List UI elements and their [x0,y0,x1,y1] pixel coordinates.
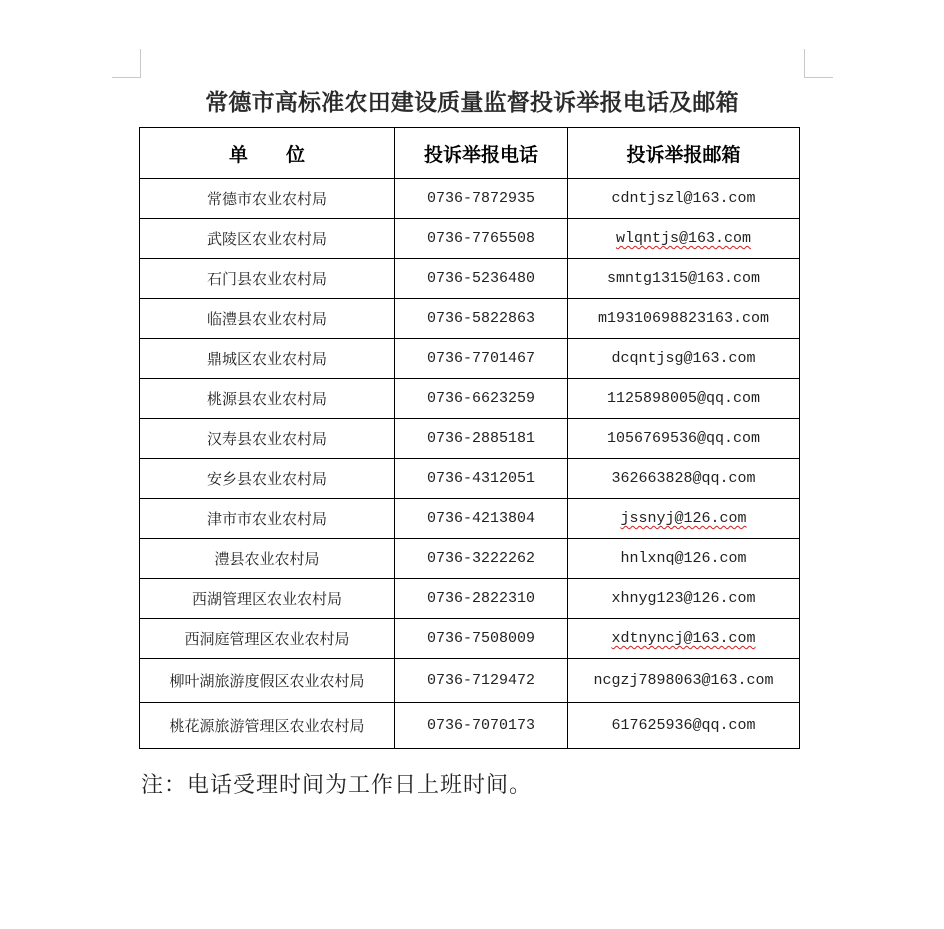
header-email: 投诉举报邮箱 [568,128,800,179]
table-row: 汉寿县农业农村局 0736-2885181 1056769536@qq.com [140,419,800,459]
phone-cell: 0736-4312051 [395,459,568,499]
header-unit: 单 位 [140,128,395,179]
unit-cell: 临澧县农业农村局 [140,299,395,339]
phone-cell: 0736-7070173 [395,703,568,749]
table-row: 津市市农业农村局 0736-4213804 jssnyj@126.com [140,499,800,539]
table-row: 安乡县农业农村局 0736-4312051 362663828@qq.com [140,459,800,499]
unit-cell: 安乡县农业农村局 [140,459,395,499]
phone-cell: 0736-2885181 [395,419,568,459]
unit-cell: 西洞庭管理区农业农村局 [140,619,395,659]
table-row: 武陵区农业农村局 0736-7765508 wlqntjs@163.com [140,219,800,259]
table-row: 柳叶湖旅游度假区农业农村局 0736-7129472 ncgzj7898063@… [140,659,800,703]
unit-cell: 西湖管理区农业农村局 [140,579,395,619]
unit-cell: 津市市农业农村局 [140,499,395,539]
table-row: 澧县农业农村局 0736-3222262 hnlxnq@126.com [140,539,800,579]
phone-cell: 0736-7508009 [395,619,568,659]
email-cell: cdntjszl@163.com [568,179,800,219]
unit-cell: 石门县农业农村局 [140,259,395,299]
phone-cell: 0736-7872935 [395,179,568,219]
phone-cell: 0736-2822310 [395,579,568,619]
email-cell: dcqntjsg@163.com [568,339,800,379]
phone-cell: 0736-7765508 [395,219,568,259]
page-corner-mark-left [112,49,141,78]
phone-cell: 0736-7129472 [395,659,568,703]
email-cell: ncgzj7898063@163.com [568,659,800,703]
table-row: 桃源县农业农村局 0736-6623259 1125898005@qq.com [140,379,800,419]
table-row: 石门县农业农村局 0736-5236480 smntg1315@163.com [140,259,800,299]
email-cell: 362663828@qq.com [568,459,800,499]
email-cell: 1125898005@qq.com [568,379,800,419]
unit-cell: 常德市农业农村局 [140,179,395,219]
table-row: 鼎城区农业农村局 0736-7701467 dcqntjsg@163.com [140,339,800,379]
unit-cell: 桃花源旅游管理区农业农村局 [140,703,395,749]
table-row: 西洞庭管理区农业农村局 0736-7508009 xdtnyncj@163.co… [140,619,800,659]
contact-table: 单 位 投诉举报电话 投诉举报邮箱 常德市农业农村局 0736-7872935 … [139,127,800,749]
unit-cell: 鼎城区农业农村局 [140,339,395,379]
email-text: jssnyj@126.com [620,510,746,527]
table-header-row: 单 位 投诉举报电话 投诉举报邮箱 [140,128,800,179]
table-row: 桃花源旅游管理区农业农村局 0736-7070173 617625936@qq.… [140,703,800,749]
phone-cell: 0736-4213804 [395,499,568,539]
email-cell: m19310698823163.com [568,299,800,339]
email-text: wlqntjs@163.com [616,230,751,247]
email-cell: 1056769536@qq.com [568,419,800,459]
email-cell: xhnyg123@126.com [568,579,800,619]
phone-cell: 0736-7701467 [395,339,568,379]
unit-cell: 澧县农业农村局 [140,539,395,579]
page-corner-mark-right [804,49,833,78]
document-title: 常德市高标准农田建设质量监督投诉举报电话及邮箱 [0,84,944,117]
unit-cell: 柳叶湖旅游度假区农业农村局 [140,659,395,703]
email-cell: 617625936@qq.com [568,703,800,749]
email-text: xdtnyncj@163.com [611,630,755,647]
phone-cell: 0736-5236480 [395,259,568,299]
email-cell: wlqntjs@163.com [568,219,800,259]
phone-cell: 0736-3222262 [395,539,568,579]
phone-cell: 0736-5822863 [395,299,568,339]
phone-cell: 0736-6623259 [395,379,568,419]
email-cell: xdtnyncj@163.com [568,619,800,659]
table-row: 临澧县农业农村局 0736-5822863 m19310698823163.co… [140,299,800,339]
unit-cell: 武陵区农业农村局 [140,219,395,259]
table-row: 西湖管理区农业农村局 0736-2822310 xhnyg123@126.com [140,579,800,619]
email-cell: hnlxnq@126.com [568,539,800,579]
header-phone: 投诉举报电话 [395,128,568,179]
footnote: 注：电话受理时间为工作日上班时间。 [141,768,532,799]
unit-cell: 桃源县农业农村局 [140,379,395,419]
table-row: 常德市农业农村局 0736-7872935 cdntjszl@163.com [140,179,800,219]
unit-cell: 汉寿县农业农村局 [140,419,395,459]
email-cell: smntg1315@163.com [568,259,800,299]
email-cell: jssnyj@126.com [568,499,800,539]
